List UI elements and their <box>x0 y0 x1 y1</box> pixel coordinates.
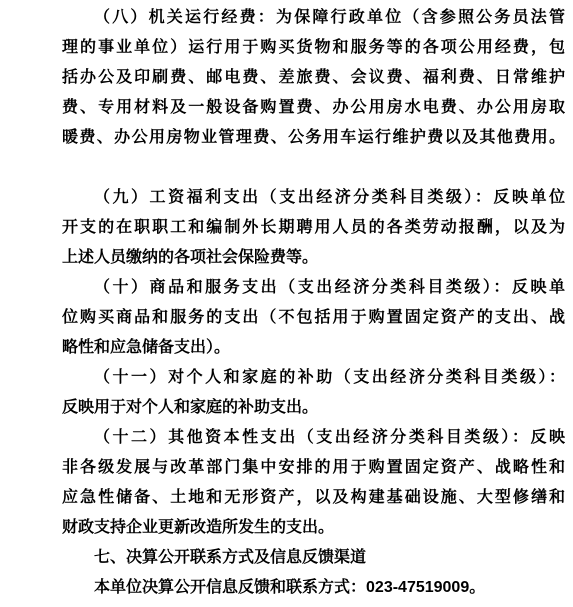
text-line: （十）商品和服务支出（支出经济分类科目类级）：反映单 <box>62 273 565 303</box>
text-line: （十一）对个人和家庭的补助（支出经济分类科目类级）： <box>62 363 565 393</box>
paragraph-item-9: （九）工资福利支出（支出经济分类科目类级）：反映单位 开支的在职职工和编制外长期… <box>62 183 565 273</box>
text-line: 非各级发展与改革部门集中安排的用于购置固定资产、战略性和 <box>62 453 565 483</box>
text-line: 位购买商品和服务的支出（不包括用于购置固定资产的支出、战 <box>62 303 565 333</box>
paragraph-item-11: （十一）对个人和家庭的补助（支出经济分类科目类级）： 反映用于对个人和家庭的补助… <box>62 363 565 423</box>
text-line: （十二）其他资本性支出（支出经济分类科目类级）：反映 <box>62 423 565 453</box>
contact-line: 本单位决算公开信息反馈和联系方式：023-47519009。 <box>62 573 565 603</box>
sentence-period: 。 <box>469 579 485 596</box>
text-line: 反映用于对个人和家庭的补助支出。 <box>62 393 565 423</box>
paragraph-item-10: （十）商品和服务支出（支出经济分类科目类级）：反映单 位购买商品和服务的支出（不… <box>62 273 565 363</box>
text-line: 括办公及印刷费、邮电费、差旅费、会议费、福利费、日常维护 <box>62 63 565 93</box>
text-line: 暖费、办公用房物业管理费、公务用车运行维护费以及其他费用。 <box>62 123 565 153</box>
paragraph-contact: 本单位决算公开信息反馈和联系方式：023-47519009。 <box>62 573 565 603</box>
text-line: 财政支持企业更新改造所发生的支出。 <box>62 513 565 543</box>
contact-label: 本单位决算公开信息反馈和联系方式： <box>94 579 366 596</box>
text-line: 费、专用材料及一般设备购置费、办公用房水电费、办公用房取 <box>62 93 565 123</box>
paragraph-item-8: （八）机关运行经费：为保障行政单位（含参照公务员法管 理的事业单位）运行用于购买… <box>62 3 565 153</box>
section-7-heading: 七、决算公开联系方式及信息反馈渠道 <box>62 543 565 573</box>
paragraph-item-12: （十二）其他资本性支出（支出经济分类科目类级）：反映 非各级发展与改革部门集中安… <box>62 423 565 543</box>
text-line: （八）机关运行经费：为保障行政单位（含参照公务员法管 <box>62 3 565 33</box>
text-line: 理的事业单位）运行用于购买货物和服务等的各项公用经费，包 <box>62 33 565 63</box>
text-line: 上述人员缴纳的各项社会保险费等。 <box>62 243 565 273</box>
text-line: 略性和应急储备支出）。 <box>62 333 565 363</box>
text-line: 应急性储备、土地和无形资产，以及构建基础设施、大型修缮和 <box>62 483 565 513</box>
contact-phone: 023-47519009 <box>366 579 469 596</box>
text-line: 七、决算公开联系方式及信息反馈渠道 <box>62 543 565 573</box>
text-line: （九）工资福利支出（支出经济分类科目类级）：反映单位 <box>62 183 565 213</box>
document-page: （八）机关运行经费：为保障行政单位（含参照公务员法管 理的事业单位）运行用于购买… <box>0 0 573 607</box>
text-line: 开支的在职职工和编制外长期聘用人员的各类劳动报酬，以及为 <box>62 213 565 243</box>
